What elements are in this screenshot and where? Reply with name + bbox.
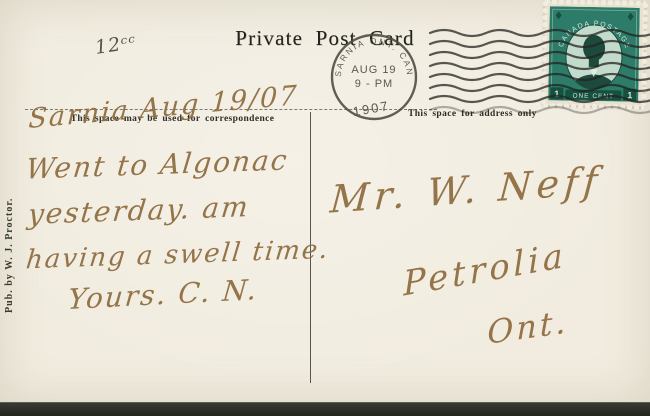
postmark-date: AUG 19 (351, 64, 396, 76)
postmark-time: 9 - PM (355, 78, 393, 90)
postmark-year: 1907 (352, 98, 391, 119)
pencil-price-note: 12ᶜᶜ (94, 31, 138, 59)
message-signature: Yours. C. N. (67, 273, 260, 316)
message-dateline: Sarnia Aug 19/07 (28, 80, 299, 135)
postcard-back: Private Post Card 12ᶜᶜ This space may be… (0, 0, 650, 404)
address-line-1: Mr. W. Neff (329, 158, 604, 221)
address-line-3: Ont. (487, 302, 568, 352)
address-line-2: Petrolia (403, 235, 568, 304)
postmark-cancel: SARNIA ONT. CAN. AUG 19 9 - PM 1907 (328, 31, 420, 123)
message-line-3: having a swell time. (25, 235, 332, 276)
cancellation-wavy-lines (424, 22, 650, 122)
message-line-1: Went to Algonac (24, 143, 290, 185)
message-line-2: yesterday. am (26, 190, 251, 231)
publisher-credit: Pub. by W. J. Proctor. (4, 133, 15, 313)
scan-background (0, 403, 650, 416)
